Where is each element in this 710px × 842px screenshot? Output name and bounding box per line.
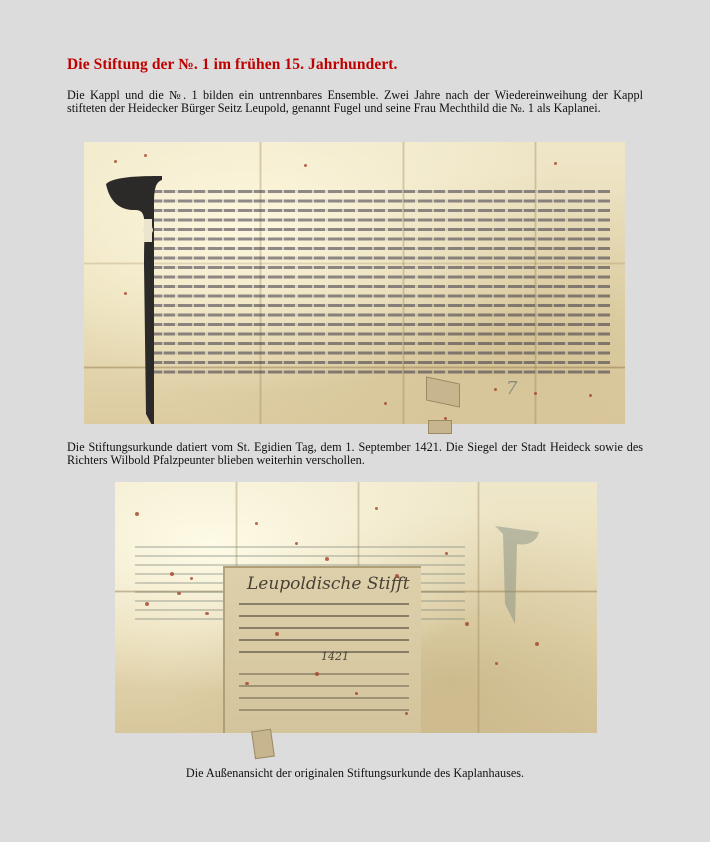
seal-tag-2 (251, 729, 275, 760)
bleed-through-initial-icon (491, 524, 541, 624)
dorsal-note-panel: Leupoldische Stifft 1421 (223, 566, 421, 733)
dorsal-date: 1421 (321, 650, 349, 663)
date-paragraph: Die Stiftungsurkunde datiert vom St. Egi… (67, 441, 643, 468)
charter-script-text (148, 186, 610, 374)
dorsal-heading: Leupoldische Stifft (247, 574, 410, 594)
image-caption: Die Außenansicht der originalen Stiftung… (0, 766, 710, 781)
charter-back-image: Leupoldische Stifft 1421 (115, 482, 597, 733)
intro-paragraph: Die Kappl und die №. 1 bilden ein untren… (67, 89, 643, 116)
charter-front-image: 7 (84, 142, 625, 424)
seal-tag (428, 420, 452, 434)
page-title: Die Stiftung der №. 1 im frühen 15. Jahr… (67, 56, 398, 74)
margin-note: 7 (506, 378, 517, 399)
initial-letter-icon (104, 174, 164, 424)
